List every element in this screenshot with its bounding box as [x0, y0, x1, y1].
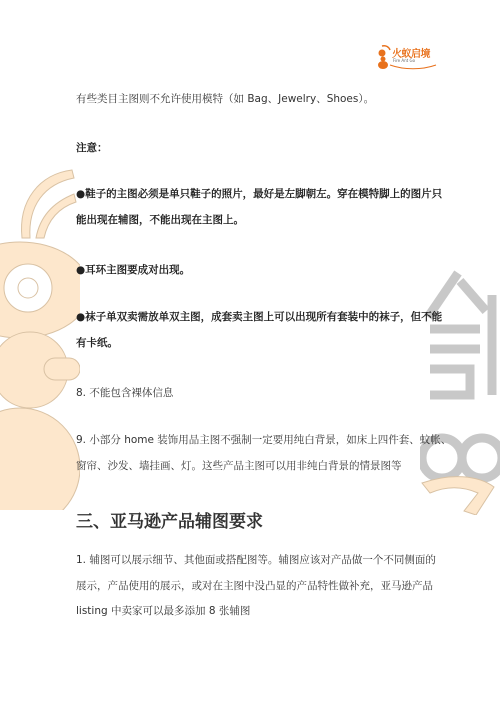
intro-paragraph: 有些类目主图则不允许使用模特（如 Bag、Jewelry、Shoes）。: [76, 92, 374, 106]
logo-swoosh-icon: [388, 64, 438, 70]
bullet-socks-line-2: 有卡纸。: [76, 336, 118, 350]
item-9-line-1: 9. 小部分 home 装饰用品主图不强制一定要用纯白背景，如床上四件套、蚊帐、: [76, 433, 451, 447]
note-label: 注意：: [76, 141, 108, 155]
section-3-item-1-line-2: 展示，产品使用的展示，或对在主图中没凸显的产品特性做补充，亚马逊产品: [76, 579, 433, 593]
section-3-heading: 三、亚马逊产品辅图要求: [76, 507, 263, 532]
bullet-shoes-line-2: 能出现在辅图，不能出现在主图上。: [76, 213, 244, 227]
section-3-item-1-line-3: listing 中卖家可以最多添加 8 张辅图: [76, 604, 250, 618]
brand-logo: 火蚁启境 Fire Ant Go: [376, 44, 436, 72]
brand-watermark-icon: [420, 265, 500, 515]
bullet-earrings: ●耳环主图要成对出现。: [76, 263, 190, 277]
section-3-item-1-line-1: 1. 辅图可以展示细节、其他面或搭配图等。辅图应该对产品做一个不同侧面的: [76, 553, 436, 567]
bullet-socks-line-1: ●袜子单双卖需放单双主图，成套卖主图上可以出现所有套装中的袜子，但不能: [76, 310, 442, 324]
logo-subtitle: Fire Ant Go: [393, 58, 415, 63]
bullet-shoes-line-1: ●鞋子的主图必须是单只鞋子的照片，最好是左脚朝左。穿在模特脚上的图片只: [76, 187, 442, 201]
mascot-watermark-icon: [0, 150, 80, 510]
item-9-line-2: 窗帘、沙发、墙挂画、灯。这些产品主图可以用非纯白背景的情景图等: [76, 459, 402, 473]
item-8: 8. 不能包含裸体信息: [76, 386, 173, 400]
